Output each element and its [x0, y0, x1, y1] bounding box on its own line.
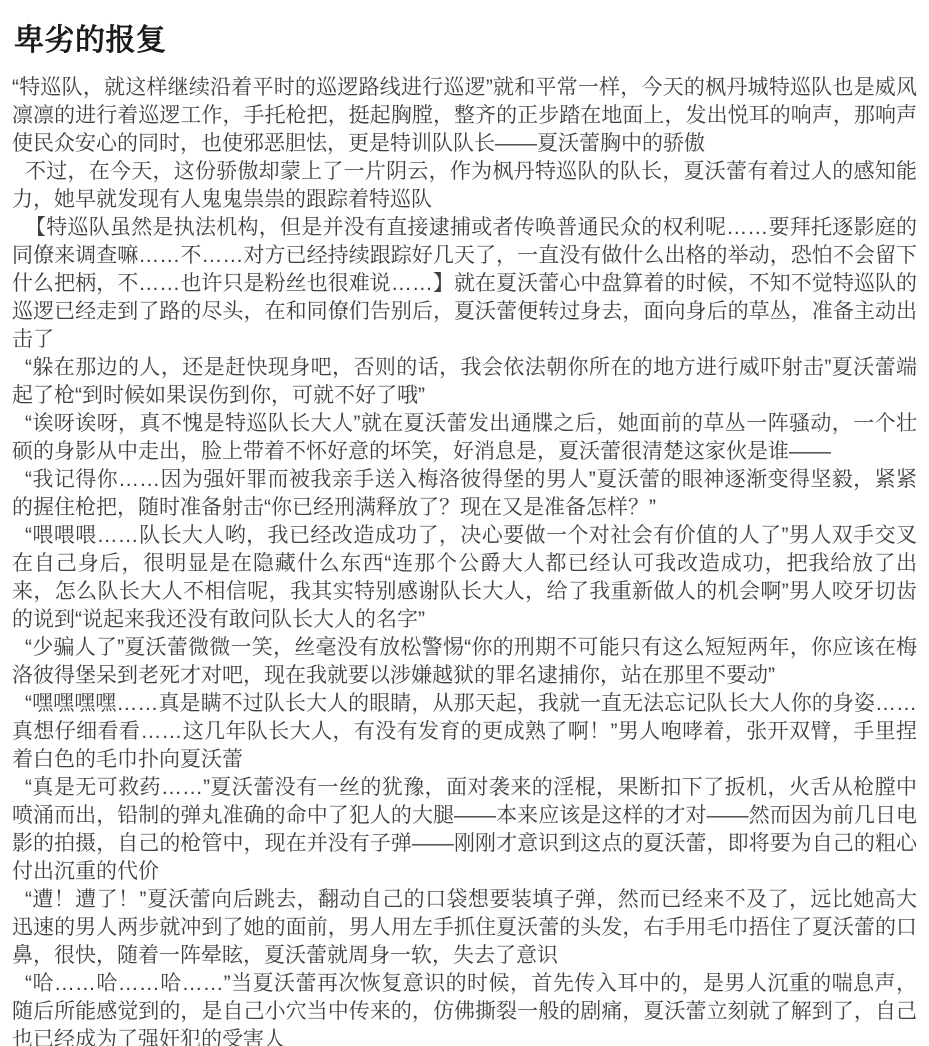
paragraph: “特巡队，就这样继续沿着平时的巡逻路线进行巡逻”就和平常一样，今天的枫丹城特巡队… — [12, 74, 917, 158]
paragraph: “哈……哈……哈……”当夏沃蕾再次恢复意识的时候，首先传入耳中的，是男人沉重的喘… — [12, 970, 917, 1046]
paragraph: “躲在那边的人，还是赶快现身吧，否则的话，我会依法朝你所在的地方进行威吓射击”夏… — [12, 354, 917, 410]
document-body: “特巡队，就这样继续沿着平时的巡逻路线进行巡逻”就和平常一样，今天的枫丹城特巡队… — [12, 74, 917, 1046]
paragraph: “少骗人了”夏沃蕾微微一笑，丝毫没有放松警惕“你的刑期不可能只有这么短短两年，你… — [12, 634, 917, 690]
paragraph: “诶呀诶呀，真不愧是特巡队长大人”就在夏沃蕾发出通牒之后，她面前的草丛一阵骚动，… — [12, 410, 917, 466]
paragraph: 【特巡队虽然是执法机构，但是并没有直接逮捕或者传唤普通民众的权利呢……要拜托逐影… — [12, 214, 917, 354]
paragraph: “遭！遭了！”夏沃蕾向后跳去，翻动自己的口袋想要装填子弹，然而已经来不及了，远比… — [12, 886, 917, 970]
paragraph: 不过，在今天，这份骄傲却蒙上了一片阴云，作为枫丹特巡队的队长，夏沃蕾有着过人的感… — [12, 158, 917, 214]
paragraph: “我记得你……因为强奸罪而被我亲手送入梅洛彼得堡的男人”夏沃蕾的眼神逐渐变得坚毅… — [12, 466, 917, 522]
page-title: 卑劣的报复 — [14, 23, 917, 59]
paragraph: “喂喂喂……队长大人哟，我已经改造成功了，决心要做一个对社会有价值的人了”男人双… — [12, 522, 917, 634]
document-page: 卑劣的报复 “特巡队，就这样继续沿着平时的巡逻路线进行巡逻”就和平常一样，今天的… — [0, 0, 929, 1046]
paragraph: “真是无可救药……”夏沃蕾没有一丝的犹豫，面对袭来的淫棍，果断扣下了扳机，火舌从… — [12, 774, 917, 886]
paragraph: “嘿嘿嘿嘿……真是瞒不过队长大人的眼睛，从那天起，我就一直无法忘记队长大人你的身… — [12, 690, 917, 774]
